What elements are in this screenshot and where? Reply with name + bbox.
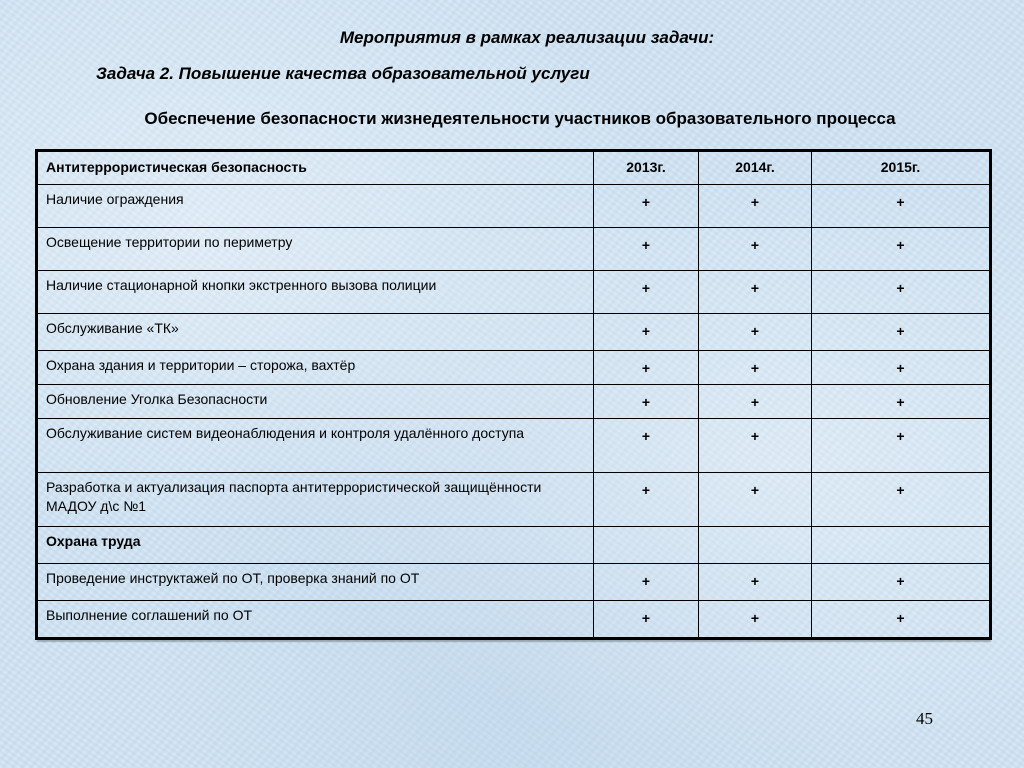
mark-2014: + — [699, 419, 812, 473]
table-row: Проведение инструктажей по ОТ, проверка … — [37, 564, 991, 601]
header-year-2014: 2014г. — [699, 151, 812, 185]
mark-2013: + — [594, 601, 699, 639]
mark-2014: + — [699, 228, 812, 271]
row-label: Наличие стационарной кнопки экстренного … — [37, 271, 594, 314]
mark-2014: + — [699, 351, 812, 385]
row-label: Освещение территории по периметру — [37, 228, 594, 271]
table-row: Разработка и актуализация паспорта антит… — [37, 473, 991, 527]
page-number: 45 — [916, 709, 933, 729]
mark-2015: + — [812, 601, 991, 639]
header-category: Антитеррористическая безопасность — [37, 151, 594, 185]
mark-2013: + — [594, 385, 699, 419]
mark-2014: + — [699, 473, 812, 527]
mark-2013: + — [594, 419, 699, 473]
table-header-row: Антитеррористическая безопасность 2013г.… — [37, 151, 991, 185]
row-label: Разработка и актуализация паспорта антит… — [37, 473, 594, 527]
mark-2013 — [594, 527, 699, 564]
mark-2013: + — [594, 473, 699, 527]
row-label: Обслуживание «ТК» — [37, 314, 594, 351]
mark-2013: + — [594, 271, 699, 314]
header-year-2013: 2013г. — [594, 151, 699, 185]
table-section-row: Охрана труда — [37, 527, 991, 564]
mark-2014: + — [699, 564, 812, 601]
row-label: Проведение инструктажей по ОТ, проверка … — [37, 564, 594, 601]
section-subtitle: Обеспечение безопасности жизнедеятельнос… — [0, 109, 1024, 129]
mark-2015: + — [812, 185, 991, 228]
table-row: Обслуживание систем видеонаблюдения и ко… — [37, 419, 991, 473]
table-row: Охрана здания и территории – сторожа, ва… — [37, 351, 991, 385]
row-label: Обслуживание систем видеонаблюдения и ко… — [37, 419, 594, 473]
measures-table: Антитеррористическая безопасность 2013г.… — [35, 149, 992, 640]
mark-2015: + — [812, 419, 991, 473]
mark-2015: + — [812, 564, 991, 601]
mark-2014: + — [699, 385, 812, 419]
mark-2015: + — [812, 228, 991, 271]
table-row: Наличие ограждения + + + — [37, 185, 991, 228]
mark-2014 — [699, 527, 812, 564]
measures-table-container: Антитеррористическая безопасность 2013г.… — [35, 149, 989, 640]
row-label: Охрана здания и территории – сторожа, ва… — [37, 351, 594, 385]
mark-2015: + — [812, 473, 991, 527]
mark-2015: + — [812, 314, 991, 351]
header-year-2015: 2015г. — [812, 151, 991, 185]
table-row: Обслуживание «ТК» + + + — [37, 314, 991, 351]
row-label: Обновление Уголка Безопасности — [37, 385, 594, 419]
table-row: Обновление Уголка Безопасности + + + — [37, 385, 991, 419]
slide-title: Мероприятия в рамках реализации задачи: — [0, 28, 1024, 48]
mark-2014: + — [699, 185, 812, 228]
mark-2013: + — [594, 351, 699, 385]
mark-2015: + — [812, 385, 991, 419]
mark-2014: + — [699, 271, 812, 314]
mark-2013: + — [594, 228, 699, 271]
task-heading: Задача 2. Повышение качества образовател… — [96, 64, 590, 84]
mark-2014: + — [699, 601, 812, 639]
table-row: Освещение территории по периметру + + + — [37, 228, 991, 271]
mark-2013: + — [594, 314, 699, 351]
mark-2015: + — [812, 271, 991, 314]
mark-2013: + — [594, 185, 699, 228]
table-row: Наличие стационарной кнопки экстренного … — [37, 271, 991, 314]
mark-2015 — [812, 527, 991, 564]
mark-2014: + — [699, 314, 812, 351]
mark-2013: + — [594, 564, 699, 601]
table-row: Выполнение соглашений по ОТ + + + — [37, 601, 991, 639]
row-label: Выполнение соглашений по ОТ — [37, 601, 594, 639]
mark-2015: + — [812, 351, 991, 385]
row-label: Наличие ограждения — [37, 185, 594, 228]
section-label-labor-safety: Охрана труда — [37, 527, 594, 564]
